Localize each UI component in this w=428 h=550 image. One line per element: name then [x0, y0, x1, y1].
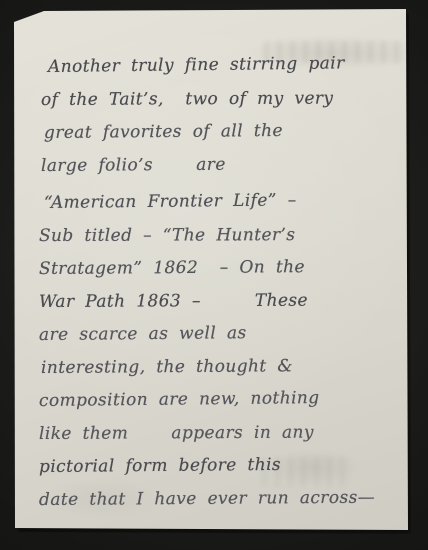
handwritten-line: pictorial form before this	[39, 448, 394, 484]
handwritten-line: Another truly fine stirring pair	[48, 47, 394, 84]
photo-background: Another truly fine stirring pair of the …	[0, 0, 428, 550]
handwritten-line: large folio’s are	[41, 148, 394, 183]
handwritten-line: composition are new, nothing	[39, 381, 394, 418]
handwritten-line: like them appears in any	[39, 416, 394, 451]
handwritten-line: Sub titled – “The Hunter’s	[39, 219, 394, 253]
handwritten-line: “American Frontier Life” –	[44, 183, 394, 220]
handwritten-line: interesting, the thought &	[41, 350, 394, 385]
handwritten-line: great favorites of all the	[44, 114, 394, 150]
handwritten-line: of the Tait’s, two of my very	[41, 82, 394, 117]
handwriting-block: Another truly fine stirring pair of the …	[38, 51, 394, 517]
handwritten-line: Stratagem” 1862 – On the	[39, 251, 394, 286]
letter-paper: Another truly fine stirring pair of the …	[13, 9, 408, 530]
handwritten-line: date that I have ever run across—	[39, 482, 394, 517]
handwritten-line: War Path 1863 – These	[39, 284, 394, 319]
handwritten-line: are scarce as well as	[39, 316, 394, 352]
